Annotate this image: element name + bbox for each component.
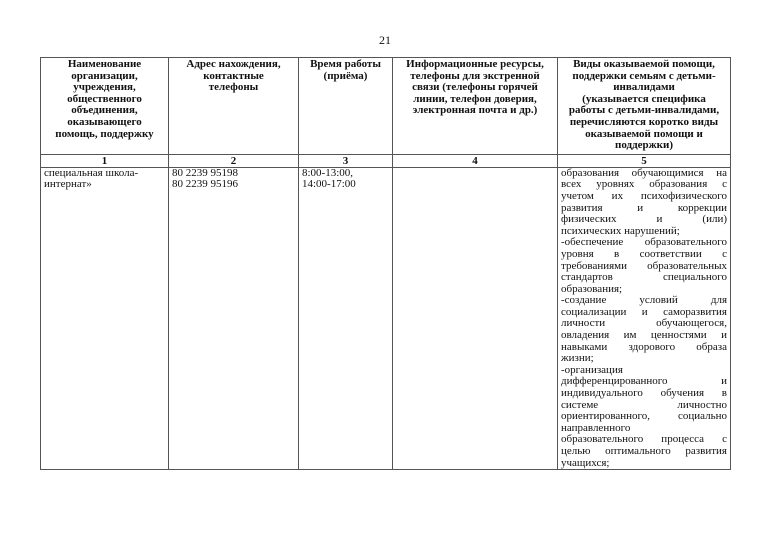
column-number: 1 (41, 154, 169, 167)
cell-info-resources (393, 167, 558, 469)
header-organization-name: Наименованиеорганизации,учреждения,общес… (41, 58, 169, 155)
text-line: оказывающего (44, 117, 165, 129)
text-line: 14:00-17:00 (302, 179, 389, 191)
text-line: электронная почта и др.) (396, 105, 554, 117)
text-line: Виды оказываемой помощи, (561, 59, 727, 71)
text-line: овладения им ценностями и (561, 330, 727, 342)
cell-help-types: образования обучающимися навсех уровнях … (558, 167, 731, 469)
text-line: индивидуального обучения в (561, 388, 727, 400)
text-line: уровня в соответствии с (561, 249, 727, 261)
text-line: Адрес нахождения, (172, 59, 295, 71)
text-line: учащихся; (561, 458, 727, 470)
column-number: 3 (299, 154, 393, 167)
cell-organization-name: специальная школа-интернат» (41, 167, 169, 469)
page-number: 21 (0, 33, 770, 48)
text-line: физических и (или) (561, 214, 727, 226)
header-info-resources: Информационные ресурсы,телефоны для экст… (393, 58, 558, 155)
cell-working-hours: 8:00-13:00,14:00-17:00 (299, 167, 393, 469)
text-line: помощь, поддержку (44, 129, 165, 141)
text-line: телефоны (172, 82, 295, 94)
column-number: 4 (393, 154, 558, 167)
text-line: поддержки) (561, 140, 727, 152)
column-number: 5 (558, 154, 731, 167)
text-line: Время работы (302, 59, 389, 71)
text-line: Информационные ресурсы, (396, 59, 554, 71)
header-working-hours: Время работы(приёма) (299, 58, 393, 155)
text-line: стандартов специального (561, 272, 727, 284)
text-line: (приёма) (302, 71, 389, 83)
text-line: 80 2239 95196 (172, 179, 295, 191)
cell-address-phones: 80 2239 9519880 2239 95196 (169, 167, 299, 469)
support-organizations-table: Наименованиеорганизации,учреждения,общес… (40, 57, 731, 470)
table-header-row: Наименованиеорганизации,учреждения,общес… (41, 58, 731, 155)
column-number: 2 (169, 154, 299, 167)
text-line: интернат» (44, 179, 165, 191)
header-help-types: Виды оказываемой помощи,поддержки семьям… (558, 58, 731, 155)
table-row: специальная школа-интернат» 80 2239 9519… (41, 167, 731, 469)
text-line: перечисляются коротко виды (561, 117, 727, 129)
text-line: целью оптимального развития (561, 446, 727, 458)
text-line: учетом их психофизического (561, 191, 727, 203)
text-line: Наименование (44, 59, 165, 71)
column-number-row: 1 2 3 4 5 (41, 154, 731, 167)
header-address-phones: Адрес нахождения,контактныетелефоны (169, 58, 299, 155)
